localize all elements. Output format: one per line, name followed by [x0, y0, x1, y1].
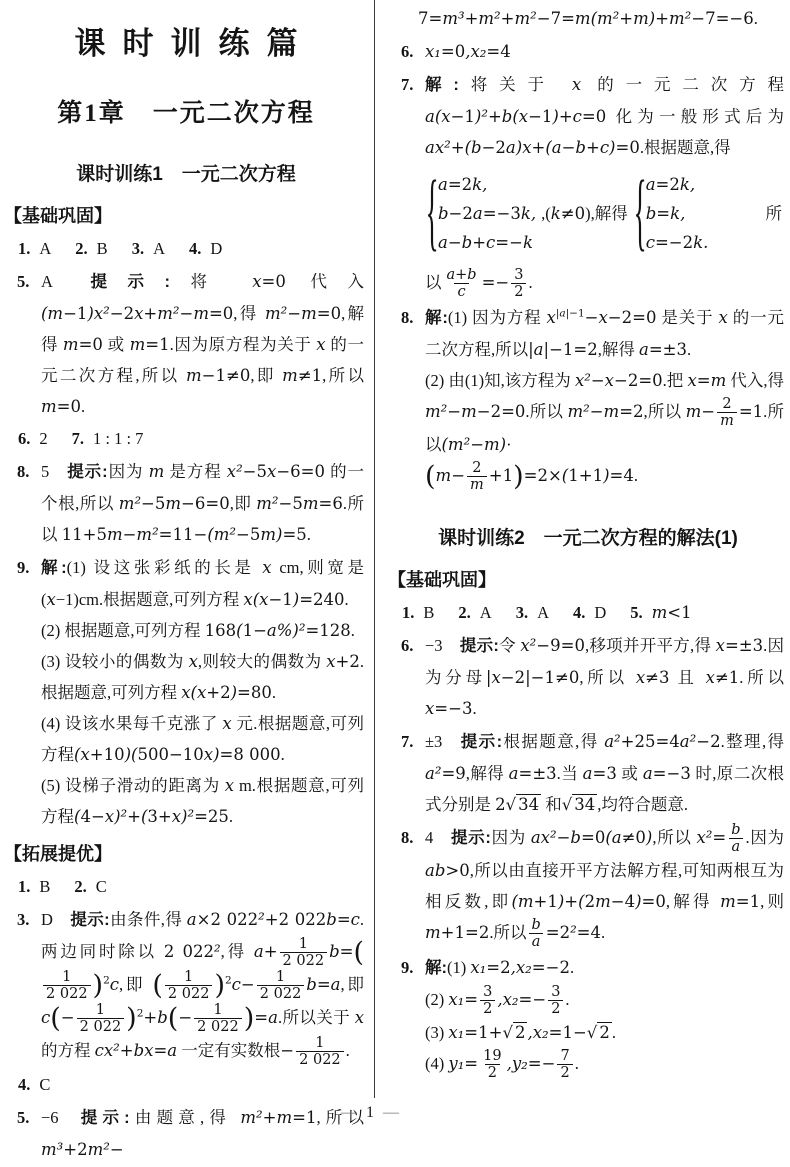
left-brace: { [426, 179, 438, 249]
math-expression: m²−5m−6=0 [119, 494, 230, 513]
answer-choice: 7.1 : 1 : 7 [72, 424, 144, 454]
big-paren-left: ( [168, 1003, 179, 1034]
sqrt-radical: √2 [587, 1022, 612, 1042]
math-expression: x²−x−2=0 [575, 371, 663, 390]
math-expression: x [189, 652, 198, 671]
answer-item: 7.解:将关于 x 的一元二次方程 a(x−1)²+b(x−1)+c=0 化为一… [392, 69, 784, 300]
big-paren-left: ( [353, 937, 364, 968]
fraction: 2m [717, 396, 737, 429]
question-number: 6. [18, 429, 30, 448]
answer-value: B [423, 603, 434, 622]
system-line: a=2k, [438, 173, 536, 197]
answer-choice: 2.C [74, 872, 106, 902]
question-number: 2. [458, 603, 470, 622]
paragraph: −3提示:令 x²−9=0,移项并开平方,得 x=±3.因为分母|x−2|−1≠… [425, 630, 784, 724]
math-expression: x₁=32,x₂=−32 [448, 990, 565, 1009]
section-header: 【基础巩固】 [4, 202, 364, 228]
answer-value: −6 [41, 1108, 59, 1127]
answer-value: C [39, 1075, 50, 1094]
big-paren-right: ) [513, 461, 524, 492]
answer-value: A [41, 272, 53, 291]
system-tail-text: 所 [766, 202, 785, 226]
answer-item: 7.±3提示:根据题意,得 a²+25=4a²−2.整理,得 a²=9,解得 a… [392, 726, 784, 820]
big-paren-left: ( [50, 1003, 61, 1034]
math-expression: m<1 [652, 603, 692, 622]
answer-item: 6.x₁=0,x₂=4 [392, 36, 784, 67]
math-expression: x [262, 558, 271, 577]
math-expression: m²+m=1 [240, 1108, 316, 1127]
bold-label: 提示: [76, 1109, 130, 1127]
math-expression: (x+10)(500−10x)=8 000 [74, 745, 281, 764]
math-expression: m+1=2 [425, 923, 489, 942]
math-expression: ab>0 [425, 861, 470, 880]
paragraph: (4) 设该水果每千克涨了 x 元.根据题意,可列方程(x+10)(500−10… [41, 708, 364, 770]
math-expression: x [355, 1008, 364, 1027]
item-body: 解:(1) x₁=2,x₂=−2.(2) x₁=32,x₂=−32.(3) x₁… [425, 952, 784, 1081]
math-expression: a×2 022²+2 022b=c [187, 910, 360, 929]
lesson-title: 课时训练1 一元二次方程 [8, 159, 364, 186]
big-paren-left: ( [152, 970, 163, 1001]
answer-value: −3 [425, 636, 443, 655]
math-expression: (m−1)x²−2x+m²−m=0 [41, 304, 233, 323]
question-number: 4. [189, 239, 201, 258]
math-expression: a²+25=4a²−2 [604, 732, 720, 751]
answer-choice: 6.2 [18, 424, 48, 454]
question-number: 7. [401, 69, 413, 100]
fraction: 32 [480, 984, 495, 1017]
paragraph: A提示:将 x=0 代入(m−1)x²−2x+m²−m=0,得 m²−m=0,解… [41, 266, 364, 422]
math-expression: y₁=192,y₂=−72 [448, 1054, 574, 1073]
item-body: A提示:将 x=0 代入(m−1)x²−2x+m²−m=0,得 m²−m=0,解… [41, 266, 364, 422]
answer-row: 4.C [8, 1070, 364, 1100]
answer-item: 3.D提示:由条件,得 a×2 022²+2 022b=c.两边同时除以 2 0… [8, 904, 364, 1068]
left-brace: { [633, 179, 645, 249]
answer-choice: 1.A [18, 234, 51, 264]
answer-value: D [41, 910, 53, 929]
system-line: b=k, [646, 202, 709, 226]
fraction: 72 [557, 1048, 572, 1081]
system-line: b−2a=−3k, [438, 202, 536, 226]
math-expression: m=0 [41, 397, 81, 416]
math-expression: m²−m=2 [567, 402, 643, 421]
answer-item: 5.−6提示:由题意,得 m²+m=1,所以 m³+2m²− [8, 1102, 364, 1165]
math-expression: x(x+2)=80 [181, 683, 272, 702]
bold-label: 解: [41, 559, 67, 577]
right-column: 7=m³+m²+m²−7=m(m²+m)+m²−7=−6.6.x₁=0,x₂=4… [374, 0, 790, 1100]
paragraph: 解:将关于 x 的一元二次方程 a(x−1)²+b(x−1)+c=0 化为一般形… [425, 69, 784, 163]
item-body: x₁=0,x₂=4 [425, 36, 784, 67]
section-header: 【拓展提优】 [4, 840, 364, 866]
question-number: 1. [402, 603, 414, 622]
question-number: 2. [75, 239, 87, 258]
big-paren-right: ) [93, 970, 104, 1001]
fraction: 12 022 [296, 1035, 344, 1068]
answer-value: A [537, 603, 549, 622]
workbook-answer-page: 课时训练篇第1章 一元二次方程课时训练1 一元二次方程【基础巩固】1.A2.B3… [0, 0, 790, 1167]
math-expression: m−1≠0 [186, 366, 250, 385]
fraction: 2m [467, 460, 487, 493]
math-expression: x≠1 [706, 668, 740, 687]
two-column-layout: 课时训练篇第1章 一元二次方程课时训练1 一元二次方程【基础巩固】1.A2.B3… [0, 0, 790, 1100]
question-number: 5. [17, 266, 29, 297]
fraction: ba [728, 822, 743, 855]
answer-item: 8.5提示:因为 m 是方程 x²−5x−6=0 的一个根,所以 m²−5m−6… [8, 456, 364, 550]
answer-choice: 4.D [189, 234, 222, 264]
math-expression: m=0 [63, 335, 103, 354]
math-expression: x²−9=0 [520, 636, 585, 655]
math-expression: (4−x)²+(3+x)²=25 [74, 807, 229, 826]
paragraph: (m−2m+1)=2×(1+1)=4. [425, 460, 784, 493]
question-number: 3. [132, 239, 144, 258]
math-expression: x [225, 776, 234, 795]
paragraph: (2) 由(1)知,该方程为 x²−x−2=0.把 x=m 代入,得 m²−m−… [425, 365, 784, 460]
math-expression: m≠1 [282, 366, 322, 385]
question-number: 3. [516, 603, 528, 622]
bold-label: 解: [425, 76, 459, 94]
math-expression: m²−m=0 [265, 304, 341, 323]
question-number: 4. [18, 1075, 30, 1094]
math-expression: a=3 [583, 764, 617, 783]
math-expression: (m+1)+(2m−4)=0 [511, 892, 665, 911]
answer-value: 2 [39, 429, 47, 448]
brace-group: {a=2k,b=k,c=−2k. [633, 173, 709, 255]
paragraph: D提示:由条件,得 a×2 022²+2 022b=c.两边同时除以 2 022… [41, 904, 364, 1068]
math-expression: k≠0 [551, 204, 585, 223]
math-expression: b=k, [646, 204, 686, 223]
sqrt-radical: √34 [506, 794, 542, 814]
question-number: 6. [401, 630, 413, 661]
math-expression: x²−5x−6=0 [227, 462, 325, 481]
math-expression: m³+2m²− [41, 1140, 124, 1159]
math-expression: ax²+(b−2a)x+(a−b+c)=0 [425, 138, 640, 157]
answer-value: A [153, 239, 165, 258]
fraction: 12 022 [165, 969, 213, 1002]
answer-choice: 1.B [402, 598, 434, 628]
system-line: a=2k, [646, 173, 709, 197]
paragraph: (4) y₁=192,y₂=−72. [425, 1048, 784, 1081]
paragraph: (3) 设较小的偶数为 x,则较大的偶数为 x+2.根据题意,可列方程 x(x+… [41, 646, 364, 708]
question-number: 3. [17, 904, 29, 935]
math-expression: ba=2²=4 [526, 923, 601, 942]
question-number: 1. [18, 239, 30, 258]
math-expression: 7=m³+m²+m²−7=m(m²+m)+m²−7=−6 [418, 9, 754, 28]
answer-item: 9.解:(1) x₁=2,x₂=−2.(2) x₁=32,x₂=−32.(3) … [392, 952, 784, 1081]
math-expression: √34 [562, 794, 598, 814]
page-number: 1 [366, 1104, 374, 1122]
paragraph: ±3提示:根据题意,得 a²+25=4a²−2.整理,得 a²=9,解得 a=±… [425, 726, 784, 820]
answer-value: C [96, 877, 107, 896]
item-body: 解:(1) 因为方程 x|a|−1−x−2=0 是关于 x 的一元二次方程,所以… [425, 302, 784, 493]
math-expression: m²−5m=6 [256, 494, 343, 513]
math-expression: (12 022)2c−12 022b=a [152, 975, 340, 994]
answer-choice: 2.A [458, 598, 491, 628]
answer-value: D [594, 603, 606, 622]
answer-choice: 4.D [573, 598, 606, 628]
big-paren-right: ) [244, 1003, 255, 1034]
math-expression: x [316, 335, 325, 354]
question-number: 5. [17, 1102, 29, 1133]
math-expression: x=±3 [716, 636, 763, 655]
footer-dash-right: — [383, 1104, 399, 1122]
math-expression: x=0 [252, 272, 286, 291]
math-expression: a−b+c=−k [438, 233, 533, 252]
math-expression: x=m [687, 371, 726, 390]
big-paren-right: ) [214, 970, 225, 1001]
big-paren-left: ( [425, 461, 436, 492]
lesson-title: 课时训练2 一元二次方程的解法(1) [392, 523, 784, 550]
question-number: 9. [401, 952, 413, 983]
equation-system: {a=2k,b−2a=−3k,a−b+c=−k,(k≠0),解得{a=2k,b=… [425, 173, 784, 255]
math-expression: a=2k, [438, 175, 487, 194]
fraction: 12 022 [194, 1002, 242, 1035]
answer-choice: 5.m<1 [630, 598, 691, 628]
math-expression: 2√34 [495, 794, 541, 814]
answer-value: 5 [41, 462, 49, 481]
bold-label: 提示: [70, 911, 110, 929]
bold-label: 提示: [459, 733, 502, 751]
sqrt-radical: √34 [562, 794, 598, 814]
math-expression: x+2 [326, 652, 360, 671]
answer-value: 4 [425, 828, 433, 847]
item-body: 5提示:因为 m 是方程 x²−5x−6=0 的一个根,所以 m²−5m−6=0… [41, 456, 364, 550]
math-expression: c(−12 022)2+b(−12 022)=a [41, 1008, 278, 1027]
bold-label: 提示: [66, 463, 107, 481]
big-paren-right: ) [126, 1003, 137, 1034]
question-number: 6. [401, 36, 413, 67]
math-expression: m=1 [720, 892, 760, 911]
math-expression: a=±3 [639, 340, 687, 359]
answer-value: B [39, 877, 50, 896]
left-column: 课时训练篇第1章 一元二次方程课时训练1 一元二次方程【基础巩固】1.A2.B3… [0, 0, 374, 1100]
math-expression: −12 022 [280, 1041, 345, 1060]
question-number: 2. [74, 877, 86, 896]
question-number: 5. [630, 603, 642, 622]
column-divider [374, 0, 375, 1098]
brace-group: {a=2k,b−2a=−3k,a−b+c=−k [425, 173, 536, 255]
paragraph: (2) 根据题意,可列方程 168(1−a%)²=128. [41, 615, 364, 646]
fraction: a+bc [444, 267, 480, 300]
bold-label: 提示: [450, 829, 491, 847]
answer-row: 6.27.1 : 1 : 7 [8, 424, 364, 454]
math-expression: a+bc=−32 [442, 273, 529, 292]
math-expression: cx²+bx=a [95, 1041, 178, 1060]
math-expression: (m−2m+1)=2×(1+1)=4 [425, 466, 634, 485]
fraction: 12 022 [280, 936, 328, 969]
continuation-line: 7=m³+m²+m²−7=m(m²+m)+m²−7=−6. [392, 4, 784, 34]
answer-item: 8.解:(1) 因为方程 x|a|−1−x−2=0 是关于 x 的一元二次方程,… [392, 302, 784, 493]
math-expression: x₁=2,x₂=−2 [470, 958, 570, 977]
system-mid-text: ,(k≠0),解得 [541, 202, 628, 226]
section-header: 【基础巩固】 [388, 566, 784, 592]
answer-row: 1.A2.B3.A4.D [8, 234, 364, 264]
math-expression: m²−m−2=0 [425, 402, 525, 421]
paragraph: 解:(1) 因为方程 x|a|−1−x−2=0 是关于 x 的一元二次方程,所以… [425, 302, 784, 365]
item-body: D提示:由条件,得 a×2 022²+2 022b=c.两边同时除以 2 022… [41, 904, 364, 1068]
fraction: 12 022 [77, 1002, 125, 1035]
math-expression: 11+5m−m²=11−(m²−5m)=5 [62, 525, 307, 544]
fraction: 192 [480, 1048, 504, 1081]
fraction: 12 022 [257, 969, 305, 1002]
math-expression: x=−3 [425, 699, 472, 718]
item-body: 4提示:因为 ax²−b=0(a≠0),所以 x²=ba.因为 ab>0,所以由… [425, 822, 784, 950]
chapter-title: 第1章 一元二次方程 [8, 93, 364, 129]
paragraph: −6提示:由题意,得 m²+m=1,所以 m³+2m²− [41, 1102, 364, 1165]
math-expression: x [572, 75, 581, 94]
footer-dash-left: — [341, 1104, 357, 1122]
paragraph: (2) x₁=32,x₂=−32. [425, 984, 784, 1017]
answer-value: A [39, 239, 51, 258]
answer-row: 1.B2.A3.A4.D5.m<1 [392, 598, 784, 628]
paragraph: (3) x₁=1+√2,x₂=1−√2. [425, 1017, 784, 1048]
math-expression: b−2a=−3k, [438, 204, 536, 223]
answer-item: 9.解:(1) 设这张彩纸的长是 x cm,则宽是(x−1)cm.根据题意,可列… [8, 552, 364, 832]
answer-choice: 2.B [75, 234, 107, 264]
paragraph: (5) 设梯子滑动的距离为 x m.根据题意,可列方程(4−x)²+(3+x)²… [41, 770, 364, 832]
answer-value: B [97, 239, 108, 258]
main-title: 课时训练篇 [8, 18, 364, 63]
math-expression: 2 022² [164, 942, 221, 961]
answer-item: 8.4提示:因为 ax²−b=0(a≠0),所以 x²=ba.因为 ab>0,所… [392, 822, 784, 950]
paragraph: 以a+bc=−32. [425, 267, 784, 300]
item-body: ±3提示:根据题意,得 a²+25=4a²−2.整理,得 a²=9,解得 a=±… [425, 726, 784, 820]
math-expression: x≠3 [636, 668, 670, 687]
sqrt-radical: √2 [502, 1022, 527, 1042]
math-expression: x [718, 308, 727, 327]
answer-choice: 3.A [516, 598, 549, 628]
math-expression: a=−3 [643, 764, 691, 783]
item-body: 解:(1) 设这张彩纸的长是 x cm,则宽是(x−1)cm.根据题意,可列方程… [41, 552, 364, 832]
question-number: 8. [401, 302, 413, 333]
paragraph: x₁=0,x₂=4 [425, 36, 784, 67]
math-expression: x|a|−1−x−2=0 [547, 308, 657, 327]
question-number: 7. [401, 726, 413, 757]
math-expression: m=1 [130, 335, 170, 354]
math-expression: c=−2k. [646, 233, 709, 252]
paragraph: 5提示:因为 m 是方程 x²−5x−6=0 的一个根,所以 m²−5m−6=0… [41, 456, 364, 550]
math-expression: (m²−m) [442, 435, 507, 454]
math-expression: ax²−b=0(a≠0) [531, 828, 653, 847]
answer-value: A [480, 603, 492, 622]
answer-item: 6.−3提示:令 x²−9=0,移项并开平方,得 x=±3.因为分母|x−2|−… [392, 630, 784, 724]
bold-label: 解: [425, 309, 448, 327]
math-expression: x [47, 590, 56, 609]
answer-item: 5.A提示:将 x=0 代入(m−1)x²−2x+m²−m=0,得 m²−m=0… [8, 266, 364, 422]
math-expression: a²=9 [425, 764, 466, 783]
question-number: 1. [18, 877, 30, 896]
math-expression: x [222, 714, 231, 733]
math-expression: x²=ba [696, 828, 745, 847]
answer-choice: 4.C [18, 1070, 50, 1100]
bold-label: 解: [425, 959, 447, 977]
system-line: c=−2k. [646, 231, 709, 255]
system-line: a−b+c=−k [438, 231, 536, 255]
question-number: 8. [17, 456, 29, 487]
answer-value: D [210, 239, 222, 258]
item-body: −6提示:由题意,得 m²+m=1,所以 m³+2m²− [41, 1102, 364, 1165]
answer-value: 1 : 1 : 7 [93, 429, 143, 448]
math-expression: a(x−1)²+b(x−1)+c=0 [425, 107, 606, 126]
math-expression: m [149, 462, 165, 481]
math-expression: x₁=0,x₂=4 [425, 42, 511, 61]
paragraph: 4提示:因为 ax²−b=0(a≠0),所以 x²=ba.因为 ab>0,所以由… [425, 822, 784, 950]
math-expression: a=±3 [509, 764, 557, 783]
math-expression: |x−2|−1≠0 [486, 668, 579, 687]
math-expression: 168(1−a%)²=128 [205, 621, 351, 640]
answer-choice: 3.A [132, 234, 165, 264]
question-number: 8. [401, 822, 413, 853]
item-body: −3提示:令 x²−9=0,移项并开平方,得 x=±3.因为分母|x−2|−1≠… [425, 630, 784, 724]
fraction: 32 [511, 267, 526, 300]
fraction: 12 022 [43, 969, 91, 1002]
paragraph: 解:(1) 设这张彩纸的长是 x cm,则宽是(x−1)cm.根据题意,可列方程… [41, 552, 364, 615]
paragraph: 解:(1) x₁=2,x₂=−2. [425, 952, 784, 984]
math-expression: m−2m=1 [686, 402, 764, 421]
answer-row: 1.B2.C [8, 872, 364, 902]
question-number: 7. [72, 429, 84, 448]
math-expression: x₁=1+√2,x₂=1−√2 [448, 1022, 611, 1042]
answer-value: ±3 [425, 732, 442, 751]
fraction: ba [528, 917, 543, 950]
bold-label: 提示: [460, 637, 499, 655]
answer-choice: 1.B [18, 872, 50, 902]
item-body: 解:将关于 x 的一元二次方程 a(x−1)²+b(x−1)+c=0 化为一般形… [425, 69, 784, 300]
math-expression: |a|−1=2 [528, 340, 598, 359]
question-number: 9. [17, 552, 29, 583]
math-expression: x(x−1)=240 [243, 590, 344, 609]
question-number: 4. [573, 603, 585, 622]
math-expression: a=2k, [646, 175, 695, 194]
answer-value: m<1 [652, 603, 692, 622]
fraction: 32 [548, 984, 563, 1017]
page-footer: — 1 — [338, 1104, 402, 1122]
bold-label: 提示: [70, 273, 170, 291]
